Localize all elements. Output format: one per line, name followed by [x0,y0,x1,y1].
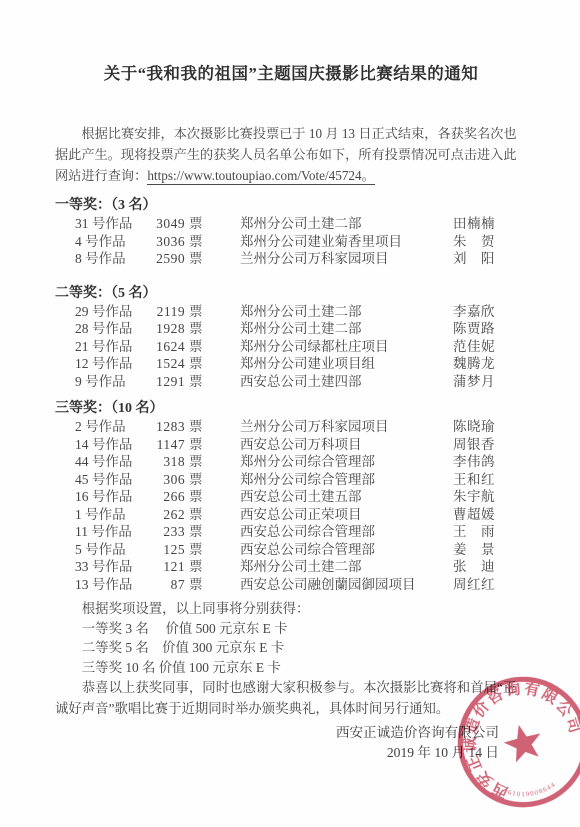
intro-paragraph: 根据比赛安排，本次摄影比赛投票已于 10 月 13 日正式结束，各获奖名次也 据… [55,123,527,186]
prize-vote-count: 1283 票 [145,418,203,436]
prize-work-number: 11 号作品 [75,523,145,541]
prize-department: 郑州分公司综合管理部 [203,471,453,489]
prize-heading: 一等奖：（3 名） [55,196,527,215]
prize-work-number: 5 号作品 [75,541,145,559]
prize-row: 29 号作品2119 票郑州分公司土建二部李嘉欣 [55,303,527,321]
prize-department: 西安总公司融创蘭园御园项目 [203,576,453,594]
awards-intro: 根据奖项设置，以上同事将分别获得： [82,599,527,619]
prize-row: 14 号作品1147 票西安总公司万科项目周银香 [55,436,527,454]
prize-department: 郑州分公司综合管理部 [203,453,453,471]
prize-row: 5 号作品125 票西安总公司综合管理部姜 景 [55,541,527,559]
closing-paragraph: 恭喜以上获奖同事，同时也感谢大家积极参与。本次摄影比赛将和首届“正 诚好声音”歌… [55,678,527,719]
prize-heading: 三等奖：（10 名） [55,399,527,418]
prize-row: 28 号作品1928 票郑州分公司土建二部陈贾路 [55,320,527,338]
prize-row: 4 号作品3036 票郑州分公司建业菊香里项目朱 贺 [55,233,527,251]
prize-vote-count: 3049 票 [145,215,203,233]
prize-vote-count: 121 票 [145,558,203,576]
prize-winner-name: 王和红 [453,471,527,489]
prize-row: 16 号作品266 票西安总公司土建五部朱宇航 [55,488,527,506]
prize-winner-name: 范佳妮 [453,338,527,356]
prize-work-number: 28 号作品 [75,320,145,338]
seal-serial-text: 61019008644 [505,778,558,804]
prize-section: 二等奖：（5 名）29 号作品2119 票郑州分公司土建二部李嘉欣28 号作品1… [55,284,527,391]
intro-line: 根据比赛安排，本次摄影比赛投票已于 10 月 13 日正式结束，各获奖名次也 [55,123,527,144]
prize-row: 8 号作品2590 票兰州分公司万科家园项目刘 阳 [55,250,527,268]
prize-heading: 二等奖：（5 名） [55,284,527,303]
prize-vote-count: 266 票 [145,488,203,506]
prize-department: 郑州分公司建业菊香里项目 [203,233,453,251]
prize-department: 西安总公司正荣项目 [203,506,453,524]
prize-department: 西安总公司土建五部 [203,488,453,506]
prize-winner-name: 朱 贺 [453,233,527,251]
prize-work-number: 21 号作品 [75,338,145,356]
prize-winner-name: 张 迪 [453,558,527,576]
prize-work-number: 4 号作品 [75,233,145,251]
prize-winner-name: 陈晓瑜 [453,418,527,436]
prize-department: 郑州分公司土建二部 [203,320,453,338]
prize-work-number: 14 号作品 [75,436,145,454]
prize-section: 一等奖：（3 名）31 号作品3049 票郑州分公司土建二部田楠楠4 号作品30… [55,196,527,268]
prize-department: 郑州分公司土建二部 [203,303,453,321]
prize-vote-count: 1291 票 [145,373,203,391]
prize-vote-count: 3036 票 [145,233,203,251]
prize-vote-count: 318 票 [145,453,203,471]
prize-row: 11 号作品233 票西安总公司综合管理部王 雨 [55,523,527,541]
prize-work-number: 8 号作品 [75,250,145,268]
prize-vote-count: 262 票 [145,506,203,524]
prize-work-number: 1 号作品 [75,506,145,524]
prize-vote-count: 1524 票 [145,355,203,373]
prize-work-number: 44 号作品 [75,453,145,471]
awards-line-second-prize: 二等奖 5 名 价值 300 元京东 E 卡 [82,638,527,658]
prize-department: 郑州分公司土建二部 [203,215,453,233]
prize-winner-name: 陈贾路 [453,320,527,338]
prize-work-number: 9 号作品 [75,373,145,391]
signature-company: 西安正诚造价咨询有限公司 [55,723,499,743]
prize-row: 33 号作品121 票郑州分公司土建二部张 迪 [55,558,527,576]
prize-department: 兰州分公司万科家园项目 [203,250,453,268]
prize-row: 21 号作品1624 票郑州分公司绿都杜庄项目范佳妮 [55,338,527,356]
prize-sections: 一等奖：（3 名）31 号作品3049 票郑州分公司土建二部田楠楠4 号作品30… [55,196,527,593]
prize-row: 13 号作品87 票西安总公司融创蘭园御园项目周红红 [55,576,527,594]
prize-work-number: 33 号作品 [75,558,145,576]
prize-department: 西安总公司土建四部 [203,373,453,391]
prize-winner-name: 周银香 [453,436,527,454]
prize-row: 44 号作品318 票郑州分公司综合管理部李伟鸽 [55,453,527,471]
awards-line-third-prize: 三等奖 10 名 价值 100 元京东 E 卡 [82,658,527,678]
prize-winner-name: 朱宇航 [453,488,527,506]
prize-vote-count: 1624 票 [145,338,203,356]
intro-line: 据此产生。现将投票产生的获奖人员名单公布如下，所有投票情况可点击进入此 [55,144,527,165]
prize-work-number: 16 号作品 [75,488,145,506]
prize-vote-count: 87 票 [145,576,203,594]
signature-date: 2019 年 10 月 14 日 [55,743,499,763]
notice-document: 关于“我和我的祖国”主题国庆摄影比赛结果的通知 根据比赛安排，本次摄影比赛投票已… [0,0,580,827]
prize-department: 郑州分公司建业项目组 [203,355,453,373]
awards-block: 根据奖项设置，以上同事将分别获得： 一等奖 3 名 价值 500 元京东 E 卡… [82,599,527,677]
intro-line-prefix: 网站进行查询： [55,168,147,183]
signature-block: 西安正诚造价咨询有限公司 2019 年 10 月 14 日 [55,723,527,763]
prize-row: 9 号作品1291 票西安总公司土建四部蒲梦月 [55,373,527,391]
prize-department: 西安总公司综合管理部 [203,523,453,541]
prize-winner-name: 王 雨 [453,523,527,541]
prize-winner-name: 蒲梦月 [453,373,527,391]
prize-work-number: 29 号作品 [75,303,145,321]
prize-winner-name: 李伟鸽 [453,453,527,471]
prize-work-number: 31 号作品 [75,215,145,233]
prize-vote-count: 1147 票 [145,436,203,454]
prize-winner-name: 魏腾龙 [453,355,527,373]
prize-work-number: 2 号作品 [75,418,145,436]
prize-winner-name: 刘 阳 [453,250,527,268]
prize-vote-count: 306 票 [145,471,203,489]
prize-winner-name: 曹超媛 [453,506,527,524]
prize-vote-count: 125 票 [145,541,203,559]
prize-section: 三等奖：（10 名）2 号作品1283 票兰州分公司万科家园项目陈晓瑜14 号作… [55,399,527,593]
prize-vote-count: 2119 票 [145,303,203,321]
prize-row: 45 号作品306 票郑州分公司综合管理部王和红 [55,471,527,489]
prize-work-number: 45 号作品 [75,471,145,489]
prize-winner-name: 姜 景 [453,541,527,559]
prize-row: 2 号作品1283 票兰州分公司万科家园项目陈晓瑜 [55,418,527,436]
prize-department: 郑州分公司土建二部 [203,558,453,576]
prize-department: 兰州分公司万科家园项目 [203,418,453,436]
prize-vote-count: 1928 票 [145,320,203,338]
prize-work-number: 12 号作品 [75,355,145,373]
svg-text:61019008644: 61019008644 [505,778,558,804]
page-title: 关于“我和我的祖国”主题国庆摄影比赛结果的通知 [55,0,527,86]
prize-work-number: 13 号作品 [75,576,145,594]
prize-department: 西安总公司万科项目 [203,436,453,454]
prize-vote-count: 233 票 [145,523,203,541]
prize-winner-name: 李嘉欣 [453,303,527,321]
awards-line-first-prize: 一等奖 3 名 价值 500 元京东 E 卡 [82,619,527,639]
closing-line: 恭喜以上获奖同事，同时也感谢大家积极参与。本次摄影比赛将和首届“正 [55,678,527,699]
prize-winner-name: 田楠楠 [453,215,527,233]
link-suffix: 。 [362,168,375,183]
prize-row: 1 号作品262 票西安总公司正荣项目曹超媛 [55,506,527,524]
prize-row: 12 号作品1524 票郑州分公司建业项目组魏腾龙 [55,355,527,373]
prize-winner-name: 周红红 [453,576,527,594]
prize-department: 西安总公司综合管理部 [203,541,453,559]
vote-results-link[interactable]: https://www.toutoupiao.com/Vote/45724 [147,168,361,183]
closing-line: 诚好声音”歌唱比赛于近期同时举办颁奖典礼，具体时间另行通知。 [55,699,527,720]
prize-department: 郑州分公司绿都杜庄项目 [203,338,453,356]
intro-line: 网站进行查询：https://www.toutoupiao.com/Vote/4… [55,165,527,186]
prize-vote-count: 2590 票 [145,250,203,268]
prize-row: 31 号作品3049 票郑州分公司土建二部田楠楠 [55,215,527,233]
